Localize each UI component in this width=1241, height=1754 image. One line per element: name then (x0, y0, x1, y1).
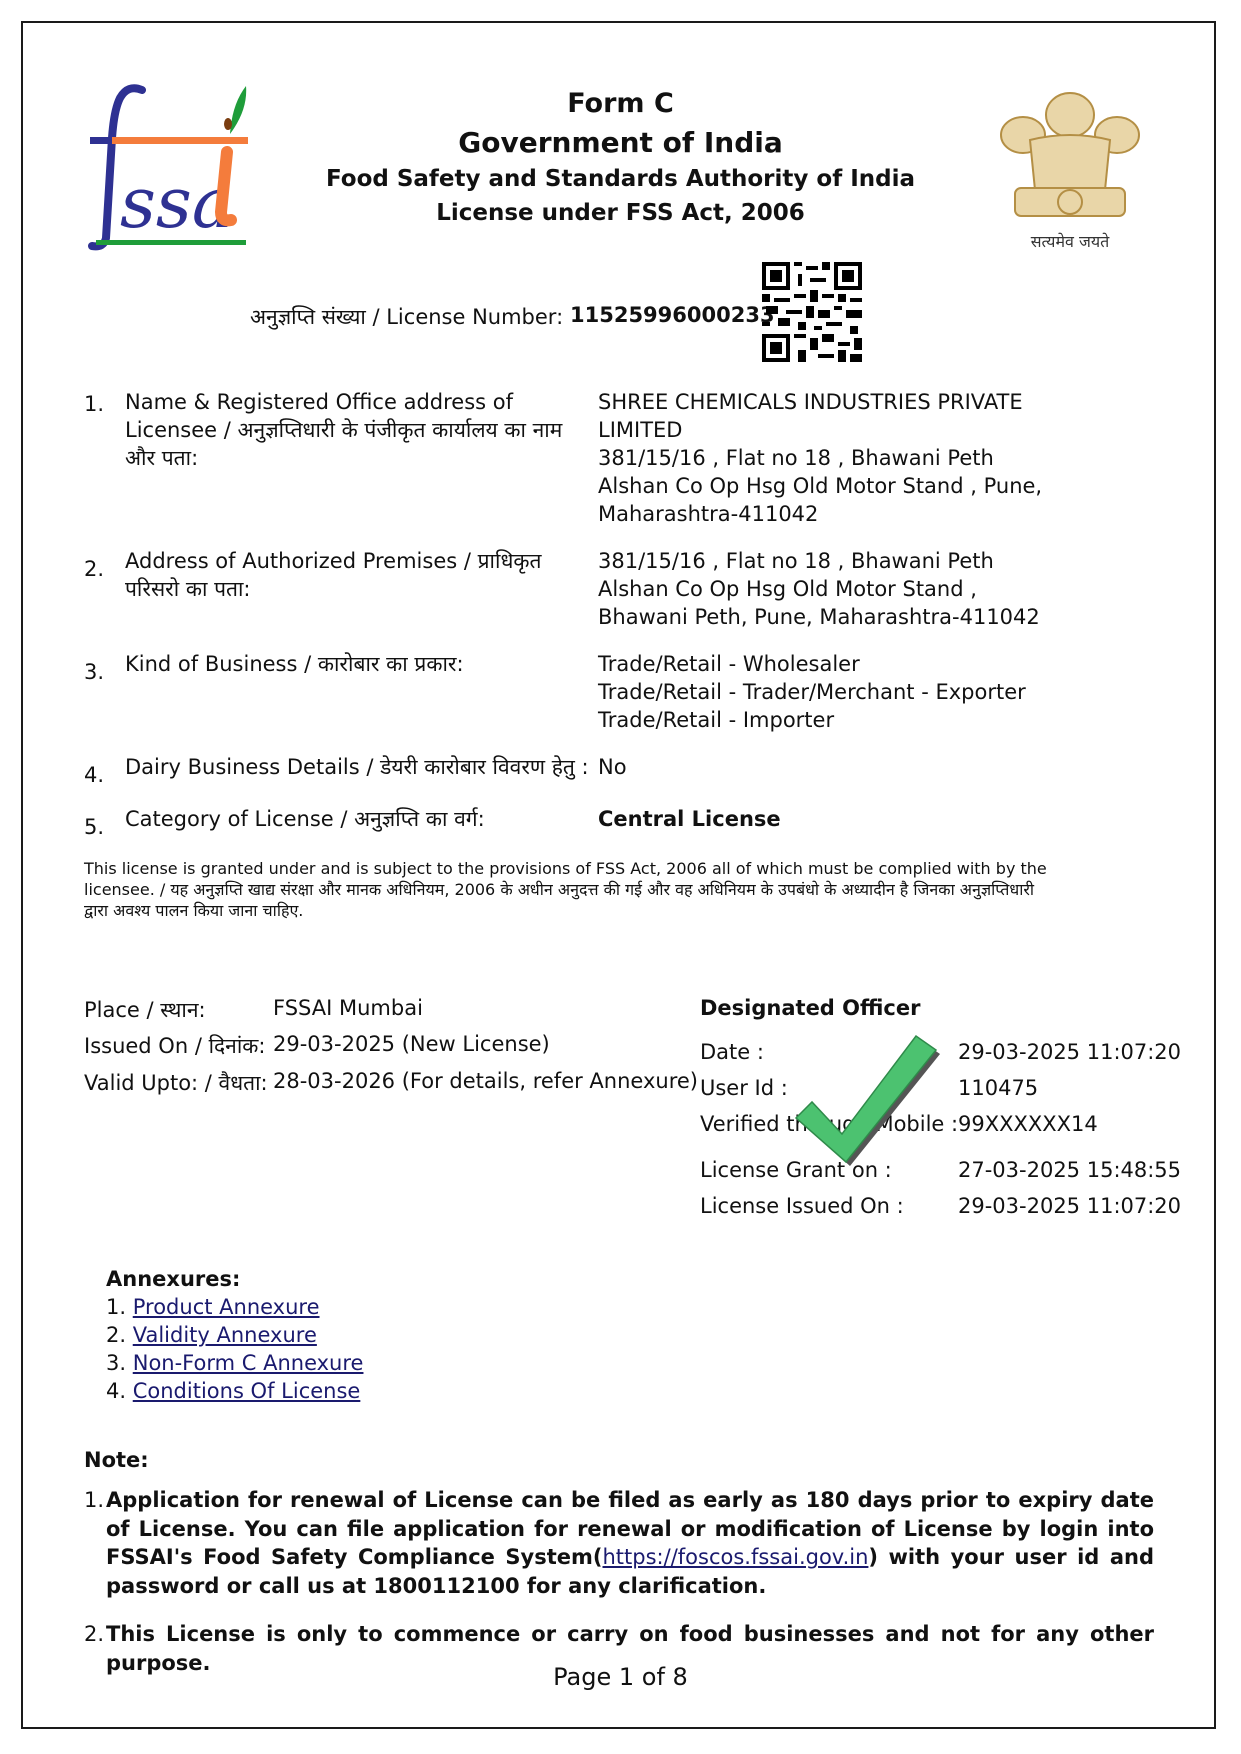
page-number: Page 1 of 8 (0, 1663, 1241, 1691)
note-number: 1. (84, 1486, 104, 1515)
license-issued-value: 29-03-2025 11:07:20 (958, 1194, 1181, 1218)
field-label: Kind of Business / कारोबार का प्रकार: (125, 650, 565, 678)
license-category: Central License (598, 805, 1058, 833)
field-number: 3. (84, 660, 104, 684)
field-label: Dairy Business Details / डेयरी कारोबार व… (125, 753, 595, 781)
provision-statement: This license is granted under and is sub… (84, 858, 1054, 921)
state-emblem: सत्यमेव जयते (985, 80, 1155, 260)
annexure-number: 2. (106, 1323, 126, 1347)
place-label: Place / स्थान: (84, 996, 206, 1024)
field-number: 1. (84, 392, 104, 416)
dairy-business-value: No (598, 753, 1058, 781)
emblem-motto: सत्यमेव जयते (985, 230, 1155, 252)
note-number: 2. (84, 1620, 104, 1649)
qr-code-icon (762, 262, 862, 362)
field-number: 2. (84, 557, 104, 581)
license-issued-label: License Issued On : (700, 1194, 904, 1218)
licensee-name: SHREE CHEMICALS INDUSTRIES PRIVATE LIMIT… (598, 388, 1058, 444)
officer-user-id-label: User Id : (700, 1076, 788, 1100)
conditions-of-license-link[interactable]: Conditions Of License (133, 1379, 361, 1403)
licensee-address: 381/15/16 , Flat no 18 , Bhawani Peth Al… (598, 444, 1058, 528)
verified-checkmark-icon (790, 1030, 940, 1170)
license-number: 11525996000233 (570, 303, 775, 327)
note-item-1: 1. Application for renewal of License ca… (84, 1486, 1154, 1600)
field-number: 4. (84, 763, 104, 787)
officer-date-label: Date : (700, 1040, 764, 1064)
designated-officer-title: Designated Officer (700, 996, 920, 1020)
officer-date-value: 29-03-2025 11:07:20 (958, 1040, 1181, 1064)
non-form-c-annexure-link[interactable]: Non-Form C Annexure (133, 1351, 364, 1375)
business-kind-3: Trade/Retail - Importer (598, 706, 1058, 734)
annexures-title: Annexures: (106, 1267, 240, 1291)
premises-address: 381/15/16 , Flat no 18 , Bhawani Peth Al… (598, 547, 1058, 631)
validity-annexure-link[interactable]: Validity Annexure (133, 1323, 317, 1347)
annexure-item: 3. Non-Form C Annexure (106, 1351, 363, 1375)
field-number: 5. (84, 815, 104, 839)
verified-mobile-value: 99XXXXXX14 (958, 1112, 1098, 1136)
license-grant-value: 27-03-2025 15:48:55 (958, 1158, 1181, 1182)
license-number-label: अनुज्ञप्ति संख्या / License Number: (250, 303, 563, 331)
valid-upto-value: 28-03-2026 (For details, refer Annexure) (273, 1069, 698, 1093)
note-title: Note: (84, 1448, 149, 1472)
issued-on-label: Issued On / दिनांक: (84, 1032, 265, 1060)
annexure-item: 2. Validity Annexure (106, 1323, 317, 1347)
valid-upto-label: Valid Upto: / वैधता: (84, 1069, 268, 1097)
annexure-item: 4. Conditions Of License (106, 1379, 360, 1403)
annexure-number: 3. (106, 1351, 126, 1375)
place-value: FSSAI Mumbai (273, 996, 423, 1020)
annexure-item: 1. Product Annexure (106, 1295, 320, 1319)
annexure-number: 4. (106, 1379, 126, 1403)
field-label: Address of Authorized Premises / प्राधिक… (125, 547, 565, 603)
lion-capital-icon (985, 80, 1155, 230)
officer-user-id-value: 110475 (958, 1076, 1038, 1100)
foscos-link[interactable]: https://foscos.fssai.gov.in (603, 1545, 869, 1569)
field-label: Name & Registered Office address of Lice… (125, 388, 565, 472)
annexure-number: 1. (106, 1295, 126, 1319)
business-kind-2: Trade/Retail - Trader/Merchant - Exporte… (598, 678, 1058, 706)
field-label: Category of License / अनुज्ञप्ति का वर्ग… (125, 805, 565, 833)
issued-on-value: 29-03-2025 (New License) (273, 1032, 550, 1056)
business-kind-1: Trade/Retail - Wholesaler (598, 650, 1058, 678)
product-annexure-link[interactable]: Product Annexure (133, 1295, 320, 1319)
